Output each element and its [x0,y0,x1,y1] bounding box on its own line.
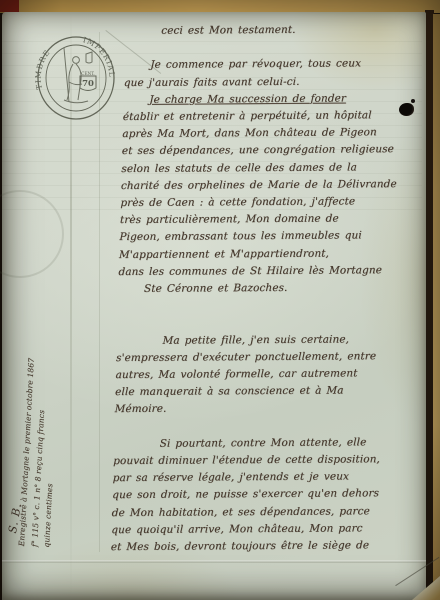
manuscript-line: Mémoire. [114,399,420,418]
stamp-word-timbre: TIMBRE [34,48,52,91]
photographed-manuscript-page: TIMBRE IMPERIAL CENT. 70 ceci est Mon te… [0,0,440,600]
stamp-unit-label: CENT. [81,71,94,76]
manuscript-line: M'appartiennent et M'appartiendront, [119,245,425,264]
manuscript-line: Si pourtant, contre Mon attente, elle [113,434,419,453]
manuscript-line [114,417,420,436]
ink-speck [411,99,415,103]
manuscript-line: selon les statuts de celle des dames de … [121,159,427,178]
margin-registration-note: Enregistré à Mortagne le premier octobre… [16,404,61,548]
manuscript-line: autres, Ma volonté formelle, car autreme… [115,365,421,384]
manuscript-line [117,313,423,332]
manuscript-line: établir et entretenir à perpétuité, un h… [123,107,429,126]
manuscript-line: après Ma Mort, dans Mon château de Pigeo… [122,124,428,143]
manuscript-line: de Mon habitation, et ses dépendances, p… [112,503,418,522]
manuscript-line: et ses dépendances, une congrégation rel… [122,141,428,160]
manuscript-line: par sa réserve légale, j'entends et je v… [112,468,418,487]
manuscript-line: elle manquerait à sa conscience et à Ma [115,382,421,401]
manuscript-line: que j'aurais faits avant celui-ci. [124,72,430,91]
manuscript-lines: Je commence par révoquer, tous ceuxque j… [111,38,431,556]
manuscript-line [124,38,430,57]
manuscript-line: charité des orphelines de Marie de la Dé… [121,176,427,195]
manuscript-line: très particulièrement, Mon domaine de [120,210,426,229]
stamp-value-label: 70 [82,79,94,89]
manuscript-line: pouvait diminuer l'étendue de cette disp… [113,451,419,470]
manuscript-line: Ste Céronne et Bazoches. [118,279,424,298]
manuscript-line: que son droit, ne puisse s'exercer qu'en… [112,485,418,504]
testament-heading: ceci est Mon testament. [161,21,431,40]
svg-text:TIMBRE: TIMBRE [34,48,52,91]
stamp-inner-ring [46,45,106,111]
manuscript-text-block: ceci est Mon testament. Je commence par … [111,21,432,557]
manuscript-line: près de Caen : à cette fondation, j'affe… [120,193,426,212]
manuscript-line: et Mes bois, devront toujours être le si… [111,537,417,556]
manuscript-line: Pigeon, embrassant tous les immeubles qu… [119,227,425,246]
stamp-value-shield: CENT. 70 [80,71,96,91]
manuscript-line: s'empressera d'exécuter ponctuellement, … [116,348,422,367]
manuscript-line [117,296,423,315]
manuscript-line: dans les communes de St Hilaire lès Mort… [118,262,424,281]
manuscript-line: Je commence par révoquer, tous ceux [124,55,430,74]
ink-blot [399,103,414,116]
manuscript-line: que quoiqu'il arrive, Mon château, Mon p… [111,520,417,539]
manuscript-line: Je charge Ma succession de fonder [123,90,429,109]
underlying-page-edge [433,14,440,600]
faint-stamp-offset-mark [0,190,64,278]
fiscal-stamp: TIMBRE IMPERIAL CENT. 70 [34,32,118,124]
horizontal-fold-crease [2,560,426,563]
manuscript-line: Ma petite fille, j'en suis certaine, [116,331,422,350]
red-cover-corner [0,0,19,12]
